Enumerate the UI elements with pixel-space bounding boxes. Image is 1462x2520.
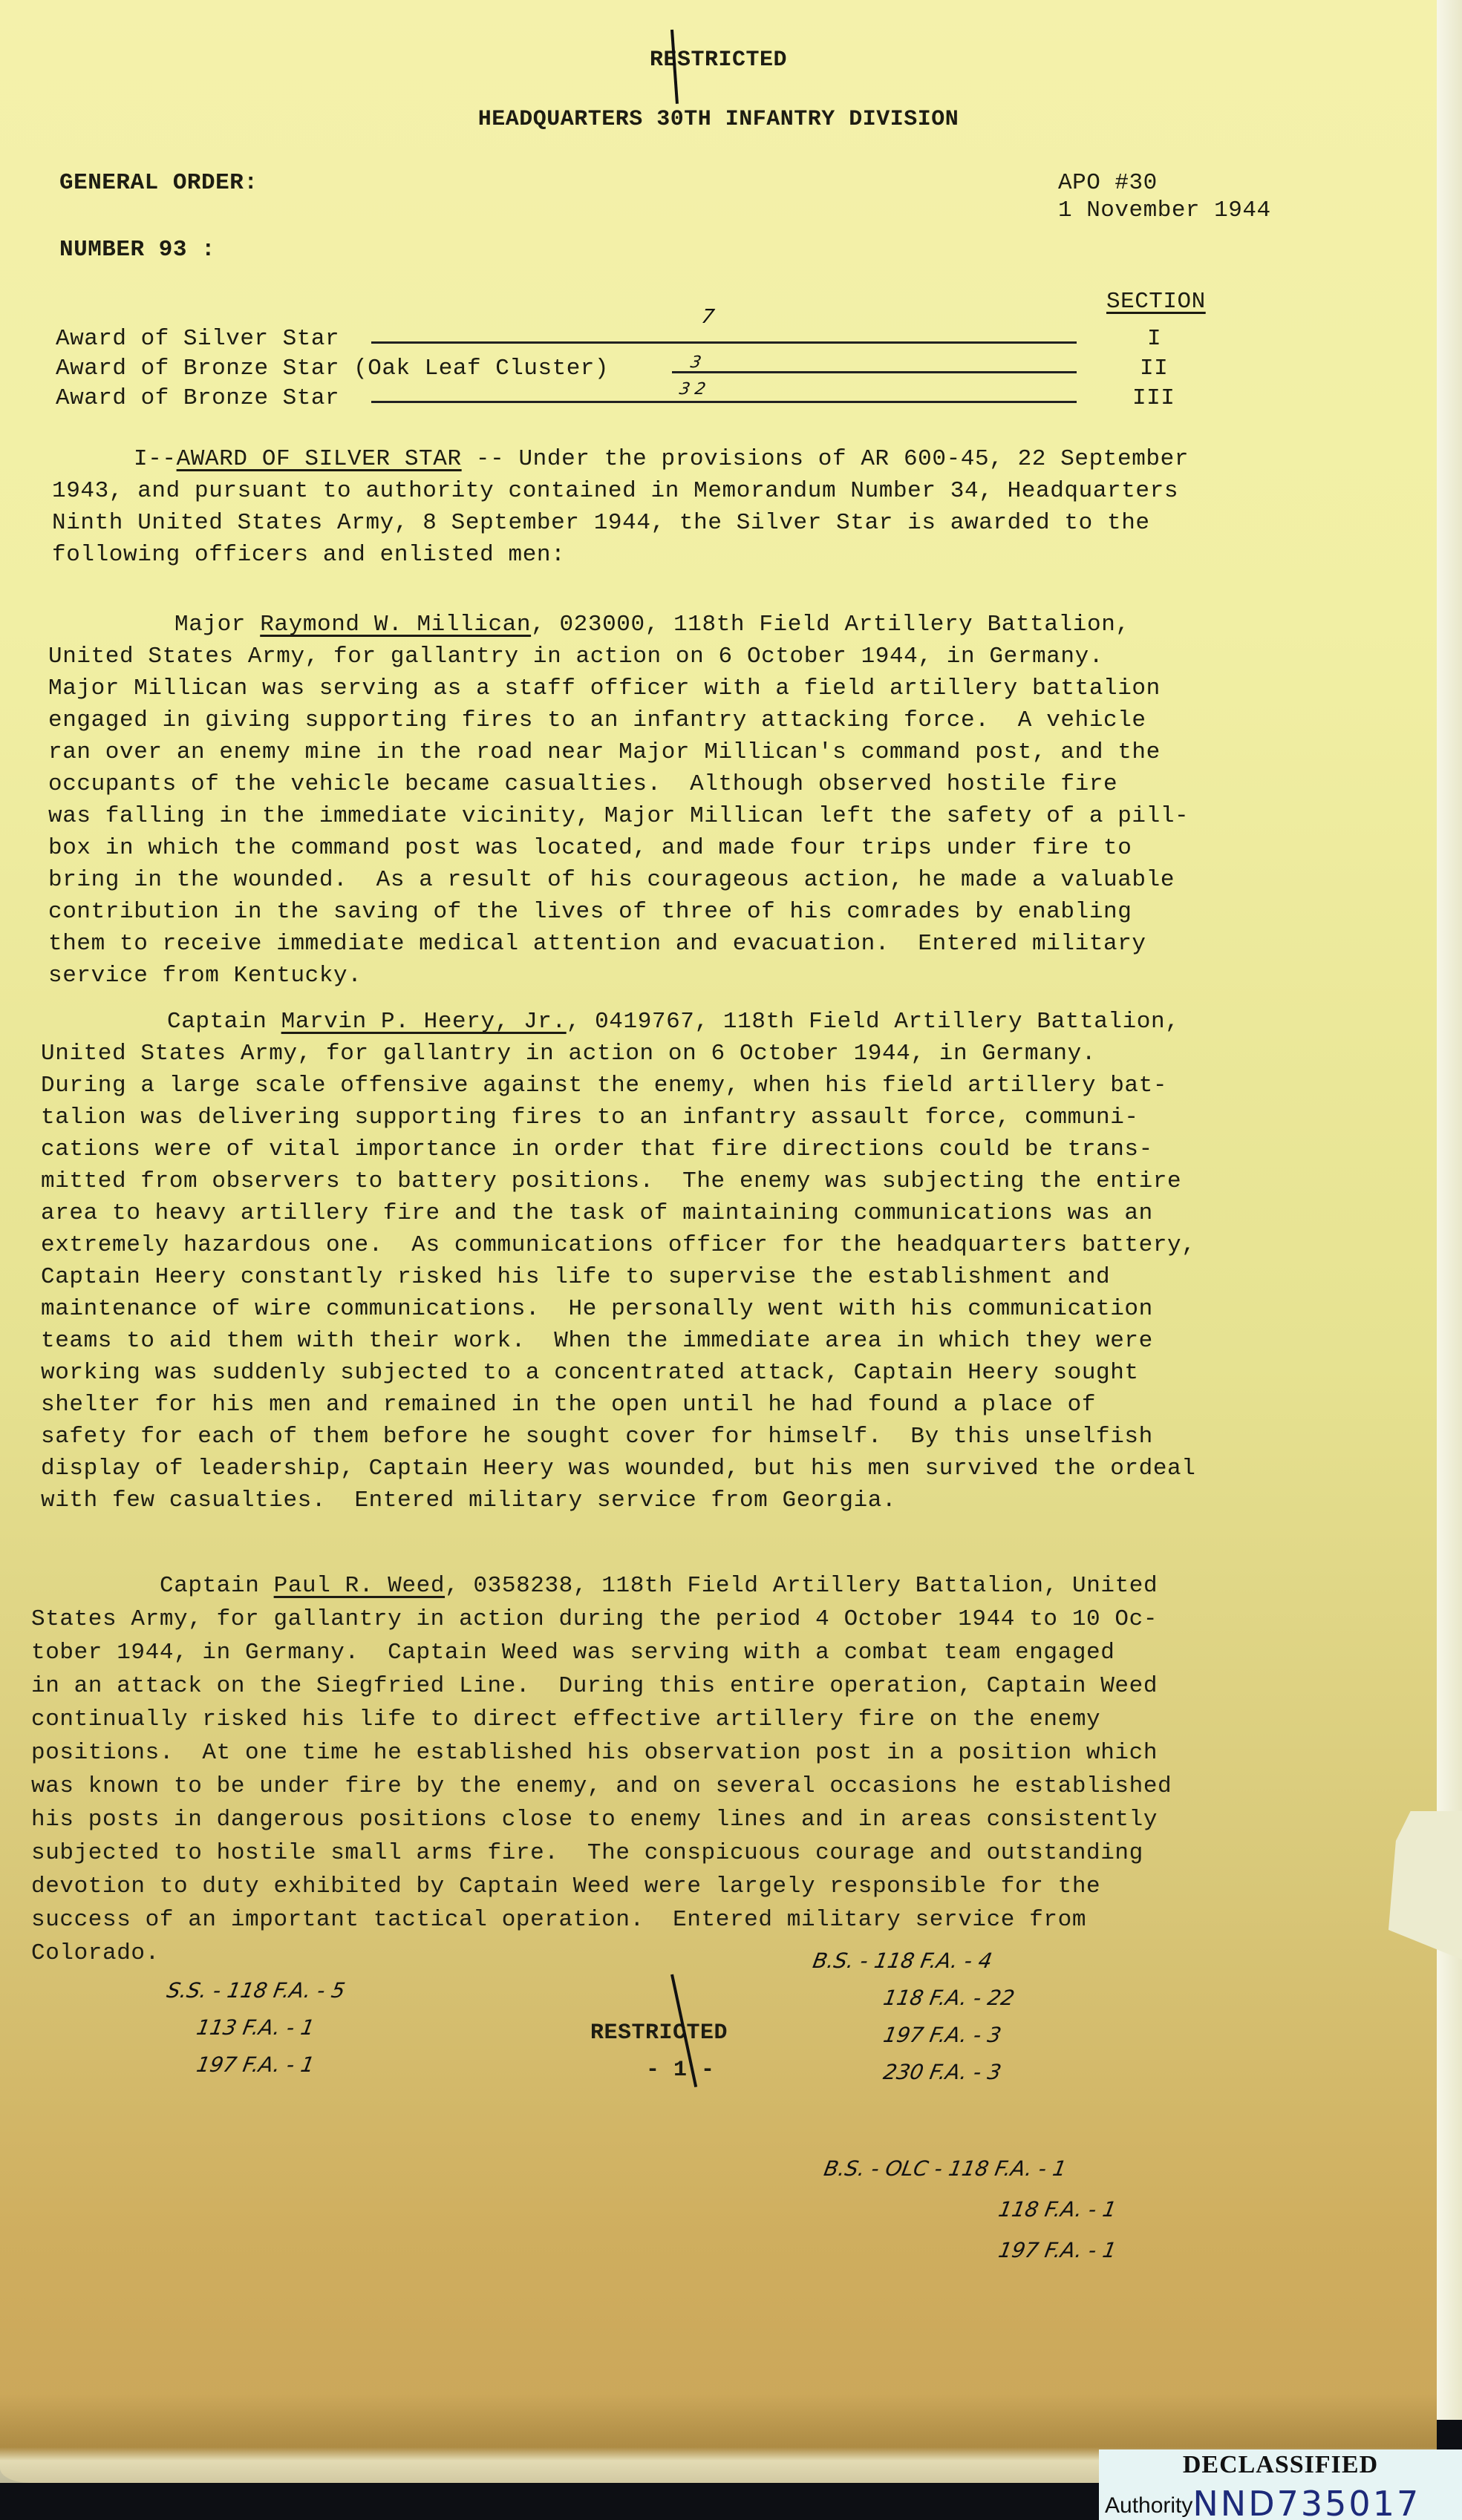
citation-line: subjected to hostile small arms fire. Th…	[31, 1837, 1143, 1870]
citation-line: was falling in the immediate vicinity, M…	[48, 800, 1189, 833]
citation-line: Major Millican was serving as a staff of…	[48, 672, 1161, 705]
citation-line: mitted from observers to battery positio…	[41, 1165, 1181, 1198]
handwritten-tally: 197 F.A. - 1	[995, 2231, 1120, 2271]
toc-section-iii: III	[1132, 382, 1175, 414]
leader-line	[672, 371, 1077, 373]
leader-line	[371, 341, 1077, 344]
general-order-label: GENERAL ORDER:	[59, 167, 258, 199]
authority-line: AuthorityNND735017	[1105, 2484, 1420, 2520]
page-edge	[1437, 0, 1462, 2420]
citation-line: was known to be under fire by the enemy,…	[31, 1770, 1172, 1803]
classification-bottom: RESTRICTED	[590, 2017, 728, 2049]
toc-item-bronze-star: Award of Bronze Star	[56, 382, 339, 414]
citation-line: occupants of the vehicle became casualti…	[48, 768, 1117, 801]
citation-line: ran over an enemy mine in the road near …	[48, 736, 1161, 769]
toc-item-silver-star: Award of Silver Star	[56, 323, 339, 355]
handwritten-tally: B.S. - 118 F.A. - 4	[809, 1941, 995, 1981]
authority-number: NND735017	[1192, 2484, 1420, 2520]
section-title: AWARD OF SILVER STAR	[177, 446, 462, 472]
citation-line: United States Army, for gallantry in act…	[48, 641, 1103, 673]
citation-line: teams to aid them with their work. When …	[41, 1325, 1153, 1358]
toc-item-bronze-star-olc: Award of Bronze Star (Oak Leaf Cluster)	[56, 353, 609, 384]
citation-line: extremely hazardous one. As communicatio…	[41, 1229, 1195, 1262]
citation-line: with few casualties. Entered military se…	[41, 1485, 896, 1517]
recipient-name: Marvin P. Heery, Jr.	[281, 1009, 567, 1035]
rank: Captain	[160, 1573, 259, 1599]
citation-line: display of leadership, Captain Heery was…	[41, 1453, 1195, 1485]
citation-line: his posts in dangerous positions close t…	[31, 1804, 1158, 1836]
citation-line: working was suddenly subjected to a conc…	[41, 1357, 1139, 1390]
citation-line: maintenance of wire communications. He p…	[41, 1293, 1153, 1326]
citation-line: talion was delivering supporting fires t…	[41, 1102, 1139, 1134]
declassified-stamp: DECLASSIFIED AuthorityNND735017	[1099, 2449, 1462, 2520]
citation-line: area to heavy artillery fire and the tas…	[41, 1197, 1153, 1230]
handwritten-tally: 113 F.A. - 1	[193, 2008, 318, 2048]
citation-line: them to receive immediate medical attent…	[48, 928, 1146, 960]
toc-section-ii: II	[1140, 353, 1168, 384]
citation-line: positions. At one time he established hi…	[31, 1737, 1158, 1770]
citation-line: Colorado.	[31, 1937, 160, 1970]
recipient-name: Raymond W. Millican	[260, 612, 531, 638]
rank: Captain	[167, 1009, 267, 1035]
handwritten-tally: 197 F.A. - 1	[193, 2045, 318, 2085]
intro-line: Ninth United States Army, 8 September 19…	[52, 507, 1150, 540]
handwritten-tally: S.S. - 118 F.A. - 5	[163, 1971, 348, 2011]
handwritten-tally: 118 F.A. - 1	[995, 2190, 1120, 2230]
intro-line: following officers and enlisted men:	[52, 539, 565, 572]
citation-line: Captain Heery constantly risked his life…	[41, 1261, 1110, 1294]
leader-line	[371, 401, 1077, 403]
citation-line: engaged in giving supporting fires to an…	[48, 704, 1146, 737]
citation-line: During a large scale offensive against t…	[41, 1070, 1167, 1102]
intro-line: 1943, and pursuant to authority containe…	[52, 475, 1178, 508]
declassified-title: DECLASSIFIED	[1099, 2451, 1462, 2479]
handwritten-tally: 230 F.A. - 3	[880, 2052, 1005, 2092]
citation-line: box in which the command post was locate…	[48, 832, 1132, 865]
citation-line: bring in the wounded. As a result of his…	[48, 864, 1175, 897]
order-date: 1 November 1944	[1058, 194, 1271, 226]
section-heading: SECTION	[1106, 286, 1206, 318]
section-prefix: I--AWARD OF SILVER STAR -- Under the pro…	[134, 443, 1189, 476]
citation-line: contribution in the saving of the lives …	[48, 896, 1132, 929]
citation-line: continually risked his life to direct ef…	[31, 1704, 1100, 1736]
citation-line: shelter for his men and remained in the …	[41, 1389, 1096, 1421]
order-number: NUMBER 93 :	[59, 234, 215, 266]
citation-line: States Army, for gallantry in action dur…	[31, 1603, 1158, 1636]
citation-line: cations were of vital importance in orde…	[41, 1133, 1153, 1166]
citation-line: tober 1944, in Germany. Captain Weed was…	[31, 1637, 1115, 1669]
rank: Major	[174, 612, 246, 638]
handwritten-tally: 197 F.A. - 3	[880, 2015, 1005, 2055]
citation-line: success of an important tactical operati…	[31, 1904, 1086, 1937]
page-number: - 1 -	[646, 2055, 715, 2087]
unit-title: HEADQUARTERS 30TH INFANTRY DIVISION	[0, 104, 1437, 136]
citation-line: devotion to duty exhibited by Captain We…	[31, 1871, 1100, 1903]
recipient-name: Paul R. Weed	[274, 1573, 445, 1599]
citation-line: service from Kentucky.	[48, 960, 362, 992]
handwritten-tally: B.S. - OLC - 118 F.A. - 1	[820, 2149, 1069, 2189]
classification-top: RESTRICTED	[0, 45, 1437, 76]
toc-section-i: I	[1147, 323, 1161, 355]
citation-line: in an attack on the Siegfried Line. Duri…	[31, 1670, 1158, 1703]
citation-line: safety for each of them before he sought…	[41, 1421, 1153, 1453]
handwritten-tally: 118 F.A. - 22	[880, 1978, 1017, 2018]
citation-line: United States Army, for gallantry in act…	[41, 1038, 1096, 1070]
